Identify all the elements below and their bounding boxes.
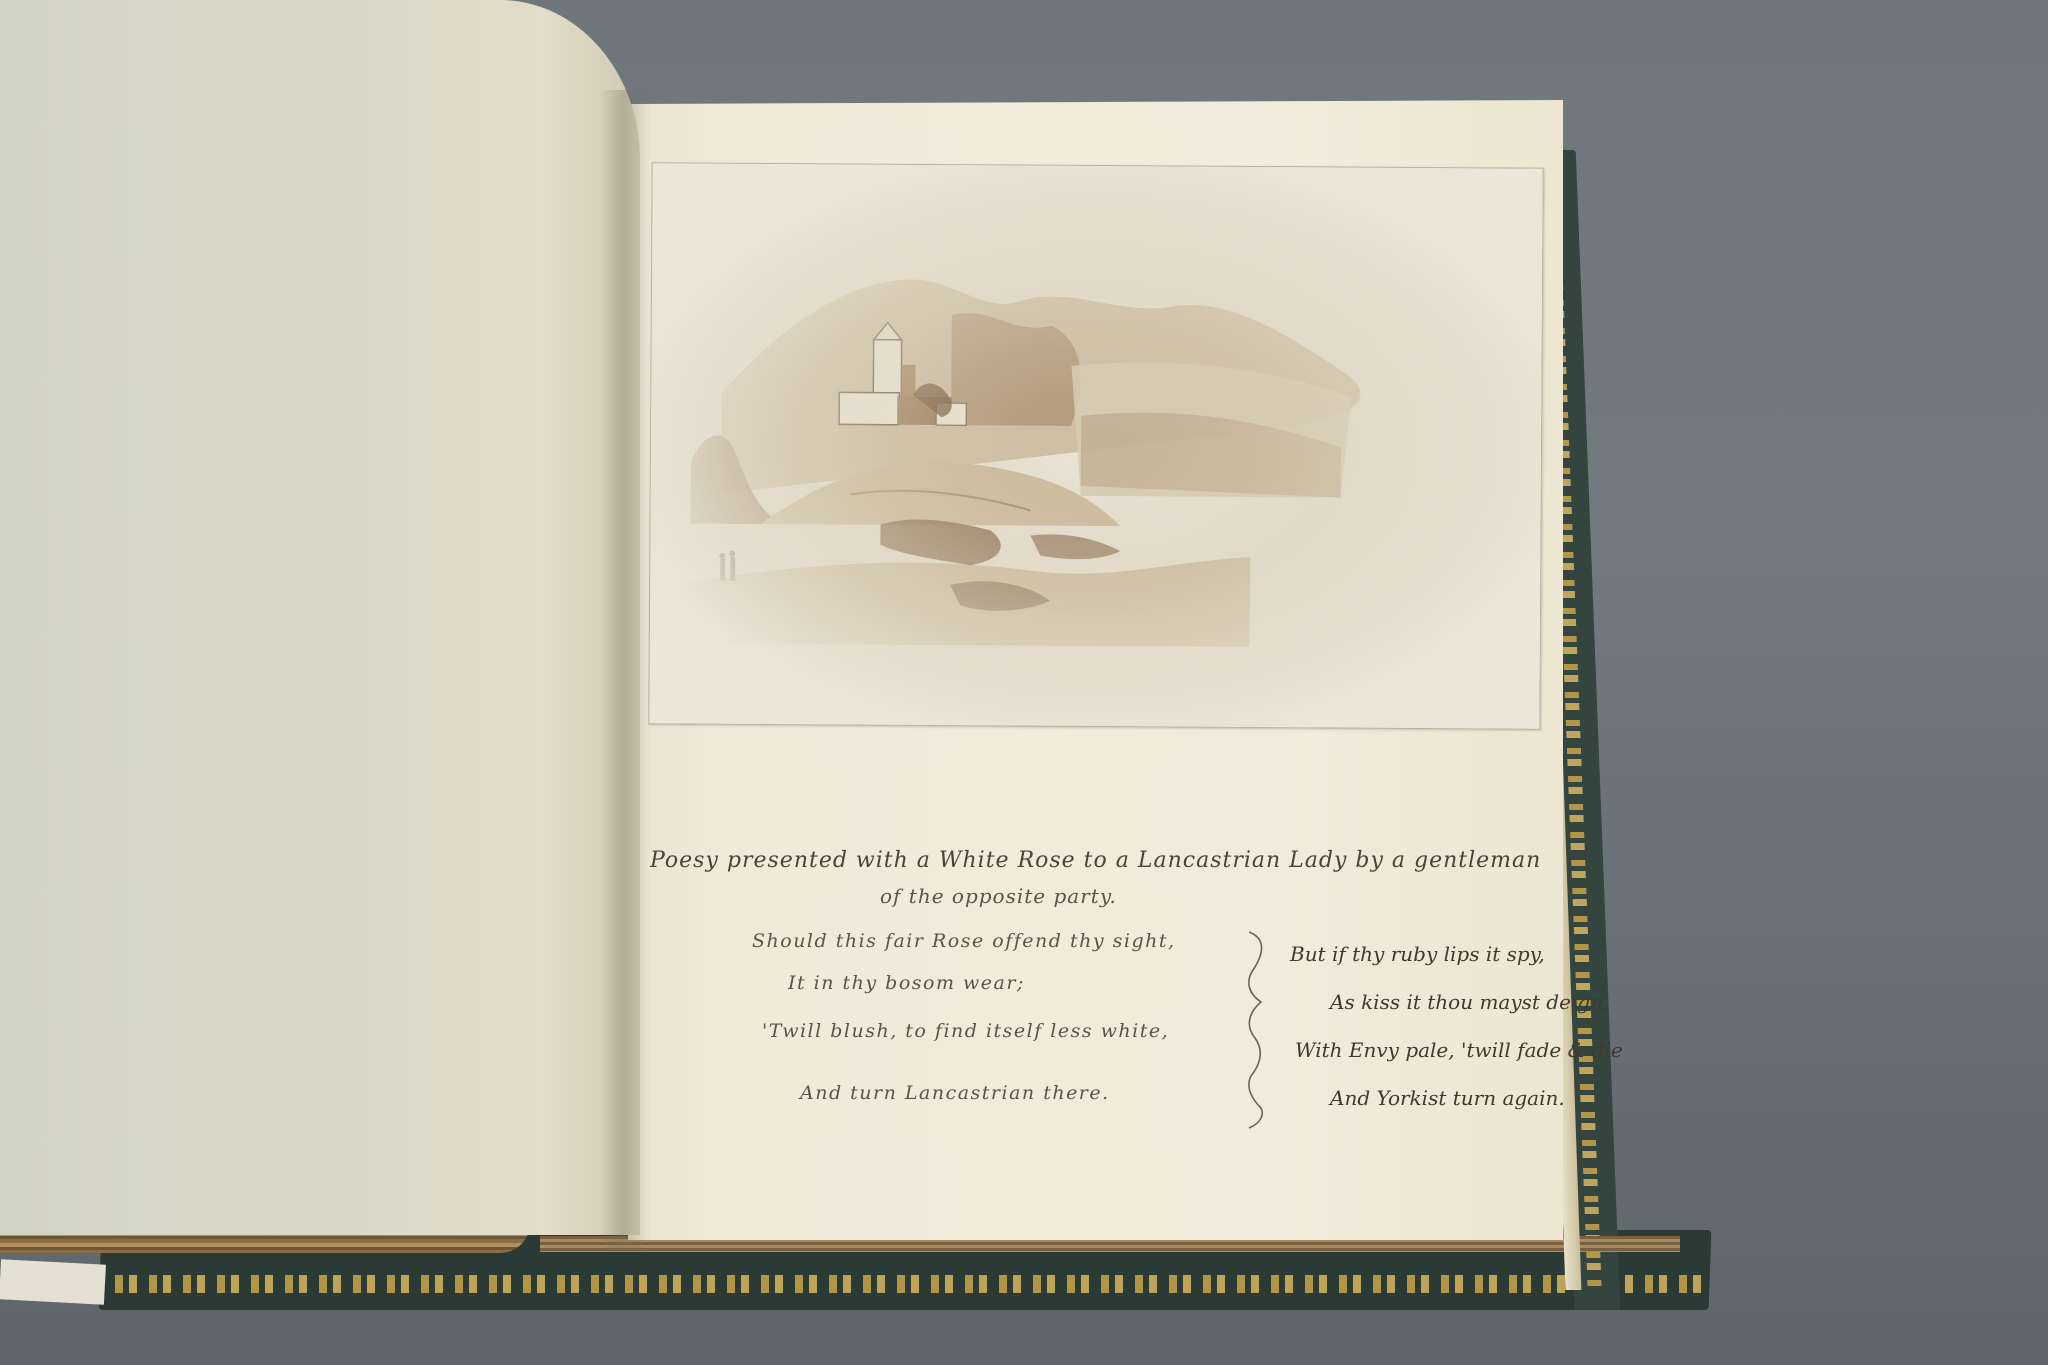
paper-slip [0, 1259, 106, 1304]
book-gutter [600, 90, 650, 1250]
castle-illustration [648, 162, 1543, 729]
brace-icon [1243, 930, 1279, 1130]
gilt-border-bottom [115, 1275, 1705, 1293]
poem-block: Poesy presented with a White Rose to a L… [650, 840, 1570, 1140]
poem-line: It in thy bosom wear; [788, 972, 1025, 994]
poem-line: Should this fair Rose offend thy sight, [752, 930, 1176, 952]
poem-line: But if thy ruby lips it spy, [1290, 942, 1545, 966]
left-page [0, 0, 640, 1235]
poem-line: With Envy pale, 'twill fade & die [1295, 1038, 1623, 1062]
poem-line: 'Twill blush, to find itself less white, [762, 1020, 1169, 1042]
poem-title-line2: of the opposite party. [880, 884, 1117, 908]
castle-drawing-icon [649, 163, 1542, 728]
poem-line: As kiss it thou mayst deign, [1330, 990, 1609, 1014]
photo-scene: Poesy presented with a White Rose to a L… [0, 0, 2048, 1365]
poem-line: And turn Lancastrian there. [800, 1082, 1110, 1104]
poem-line: And Yorkist turn again. [1330, 1086, 1565, 1110]
poem-title-line1: Poesy presented with a White Rose to a L… [650, 848, 1541, 873]
